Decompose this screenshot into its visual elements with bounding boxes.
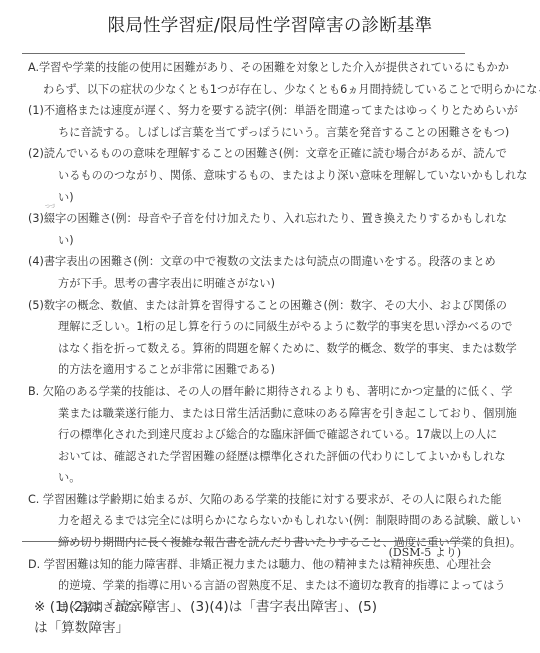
- criterion-b-line: 行の標準化された到達尺度および総合的な臨床評価で確認されている。17歳以上の人に: [28, 424, 478, 446]
- item-1-line: (1)不適格または速度が遅く、努力を要する読字(例：単語を間違ってまたはゆっくり…: [28, 100, 478, 122]
- footnote-line: ※ (1)(2)は「読字障害」、(3)(4)は「書字表出障害」、(5): [34, 597, 377, 618]
- criterion-b-line: B. 欠陥のある学業的技能は、その人の暦年齢に期待されるよりも、著明にかつ定量的…: [28, 381, 478, 403]
- criterion-a-line: わらず、以下の症状の少なくとも1つが存在し、少なくとも6ヵ月間持続していることで…: [28, 79, 478, 101]
- item-4-line: (4)書字表出の困難さ(例：文章の中で複数の文法または句読点の間違いをする。段落…: [28, 251, 478, 273]
- top-divider: [22, 53, 465, 54]
- item-5-line: (5)数字の概念、数値、または計算を習得することの困難さ(例：数字、その大小、お…: [28, 295, 478, 317]
- criterion-c-line: C. 学習困難は学齢期に始まるが、欠陥のある学業的技能に対する要求が、その人に限…: [28, 489, 478, 511]
- ruby-word: つづ綴: [44, 212, 55, 225]
- item-3-prefix: (3): [28, 212, 44, 225]
- item-2-line: (2)読んでいるものの意味を理解することの困難さ(例：文章を正確に読む場合がある…: [28, 143, 478, 165]
- item-5-line: はなく指を折って数える。算術的問題を解くために、数学的概念、数学的事実、または数…: [28, 338, 478, 360]
- bottom-divider: [22, 541, 463, 542]
- item-2-line: い): [28, 187, 478, 209]
- criterion-b-line: おいては、確認された学習困難の経歴は標準化された評価の代わりにしてよいかもしれな: [28, 446, 478, 468]
- criterion-c-line: 力を超えるまでは完全には明らかにならないかもしれない(例：制限時間のある試験、厳…: [28, 510, 478, 532]
- item-2-line: いるもののつながり、関係、意味するもの、またはより深い意味を理解していないかもし…: [28, 165, 478, 187]
- item-1-line: ちに音読する。しばしば言葉を当てずっぽうにいう。言葉を発音することの困難さをもつ…: [28, 122, 478, 144]
- criterion-d-line: 的逆境、学業的指導に用いる言語の習熟度不足、または不適切な教育的指導によってはう: [28, 575, 478, 597]
- footnote: ※ (1)(2)は「読字障害」、(3)(4)は「書字表出障害」、(5) は「算数…: [34, 597, 377, 639]
- item-5-line: 的方法を適用することが非常に困難である): [28, 359, 478, 381]
- criterion-b-line: 業または職業遂行能力、または日常生活活動に意味のある障害を引き起こしており、個別…: [28, 403, 478, 425]
- item-3-rest: 字の困難さ(例：母音や子音を付け加えたり、入れ忘れたり、置き換えたりするかもしれ…: [55, 212, 507, 225]
- item-4-line: 方が下手。思考の書字表出に明確さがない): [28, 273, 478, 295]
- ruby-reading: つづ: [45, 204, 55, 210]
- item-5-line: 理解に乏しい。1桁の足し算を行うのに同級生がやるように数学的事実を思い浮かべるの…: [28, 316, 478, 338]
- ruby-base: 綴: [44, 212, 55, 225]
- footnote-line: は「算数障害」: [34, 618, 377, 639]
- criteria-body: A.学習や学業的技能の使用に困難があり、その困難を対象とした介入が提供されている…: [28, 57, 478, 618]
- item-3-line: い): [28, 230, 478, 252]
- item-3-line: (3)つづ綴字の困難さ(例：母音や子音を付け加えたり、入れ忘れたり、置き換えたり…: [28, 208, 478, 230]
- criterion-b-line: い。: [28, 467, 478, 489]
- source-citation: (DSM-5 より): [389, 544, 461, 560]
- document-title: 限局性学習症/限局性学習障害の診断基準: [0, 12, 540, 37]
- criterion-a-line: A.学習や学業的技能の使用に困難があり、その困難を対象とした介入が提供されている…: [28, 57, 478, 79]
